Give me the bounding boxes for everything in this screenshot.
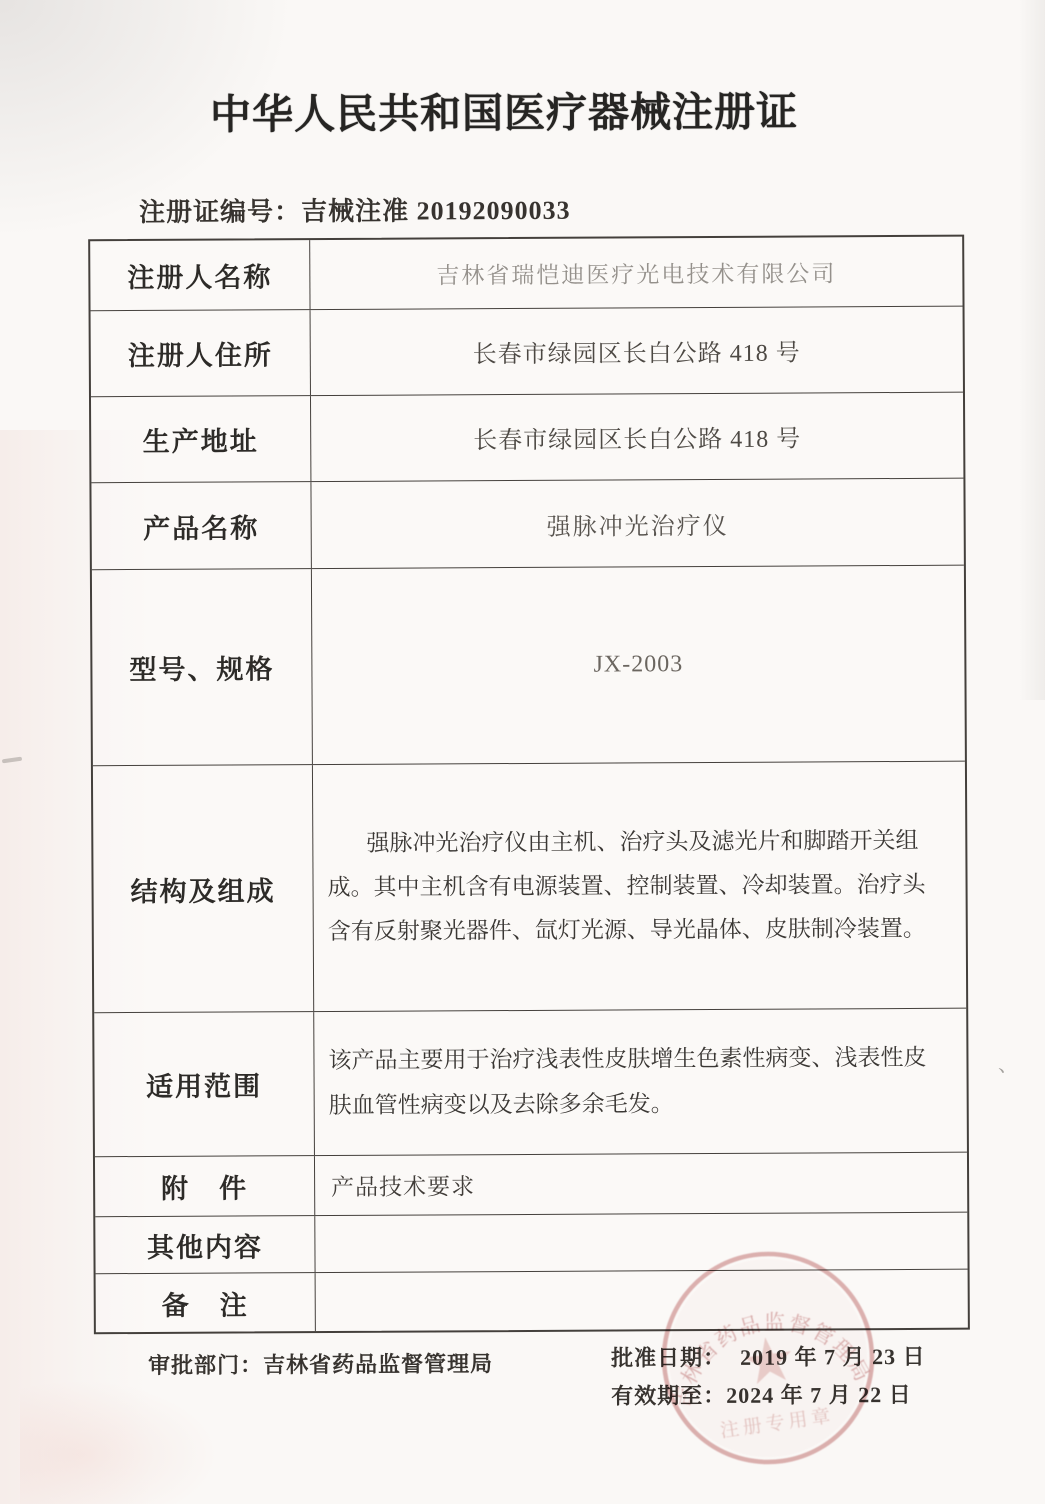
model-spec-value: JX-2003 [593,651,683,678]
official-seal-stamp: 吉林省药品监督管理局 ★ 注册专用章 [654,1244,882,1472]
table-row-product-name: 产品名称 强脉冲光治疗仪 [91,479,963,571]
row-label: 附 件 [95,1156,315,1216]
row-label: 生产地址 [91,396,311,482]
certificate-number-line: 注册证编号：吉械注准 20192090033 [139,190,571,229]
certificate-document: 中华人民共和国医疗器械注册证 注册证编号：吉械注准 20192090033 注册… [0,0,1045,1504]
production-address-value: 长春市绿园区长白公路 418 号 [473,419,801,456]
table-row-model-spec: 型号、规格 JX-2003 [92,566,965,767]
row-label: 注册人住所 [91,310,311,396]
row-label: 型号、规格 [92,569,313,765]
certificate-number-value: 吉械注准 20192090033 [301,196,571,226]
certificate-number-label: 注册证编号： [139,197,301,227]
row-label: 结构及组成 [93,765,314,1012]
table-row-registrant-name: 注册人名称 吉林省瑞恺迪医疗光电技术有限公司 [90,237,962,312]
registrant-name-value: 吉林省瑞恺迪医疗光电技术有限公司 [436,255,836,290]
row-label: 适用范围 [94,1012,315,1156]
table-row-attachment: 附 件 产品技术要求 [95,1153,967,1218]
seal-star-icon: ★ [736,1324,801,1399]
table-row-intended-use: 适用范围 该产品主要用于治疗浅表性皮肤增生色素性病变、浅表性皮肤血管性病变以及去… [94,1009,967,1158]
attachment-value: 产品技术要求 [331,1168,475,1202]
row-label: 其他内容 [95,1216,315,1273]
row-label: 产品名称 [91,482,311,569]
approval-department-value: 吉林省药品监督管理局 [263,1351,493,1377]
certificate-table: 注册人名称 吉林省瑞恺迪医疗光电技术有限公司 注册人住所 长春市绿园区长白公路 … [88,235,970,1335]
table-row-structure-composition: 结构及组成 强脉冲光治疗仪由主机、治疗头及滤光片和脚踏开关组成。其中主机含有电源… [93,762,966,1014]
table-row-production-address: 生产地址 长春市绿园区长白公路 418 号 [91,393,963,484]
approval-department-line: 审批部门：吉林省药品监督管理局 [148,1347,493,1380]
approval-department-label: 审批部门： [148,1352,263,1378]
row-label: 备 注 [96,1273,316,1332]
intended-use-value: 该产品主要用于治疗浅表性皮肤增生色素性病变、浅表性皮肤血管性病变以及去除多余毛发… [328,1036,948,1128]
table-row-registrant-address: 注册人住所 长春市绿园区长白公路 418 号 [91,307,963,398]
certificate-title: 中华人民共和国医疗器械注册证 [0,77,1012,141]
structure-composition-value: 强脉冲光治疗仪由主机、治疗头及滤光片和脚踏开关组成。其中主机含有电源装置、控制装… [327,819,948,955]
row-label: 注册人名称 [90,240,310,310]
registrant-address-value: 长春市绿园区长白公路 418 号 [473,333,801,370]
product-name-value: 强脉冲光治疗仪 [547,505,729,541]
